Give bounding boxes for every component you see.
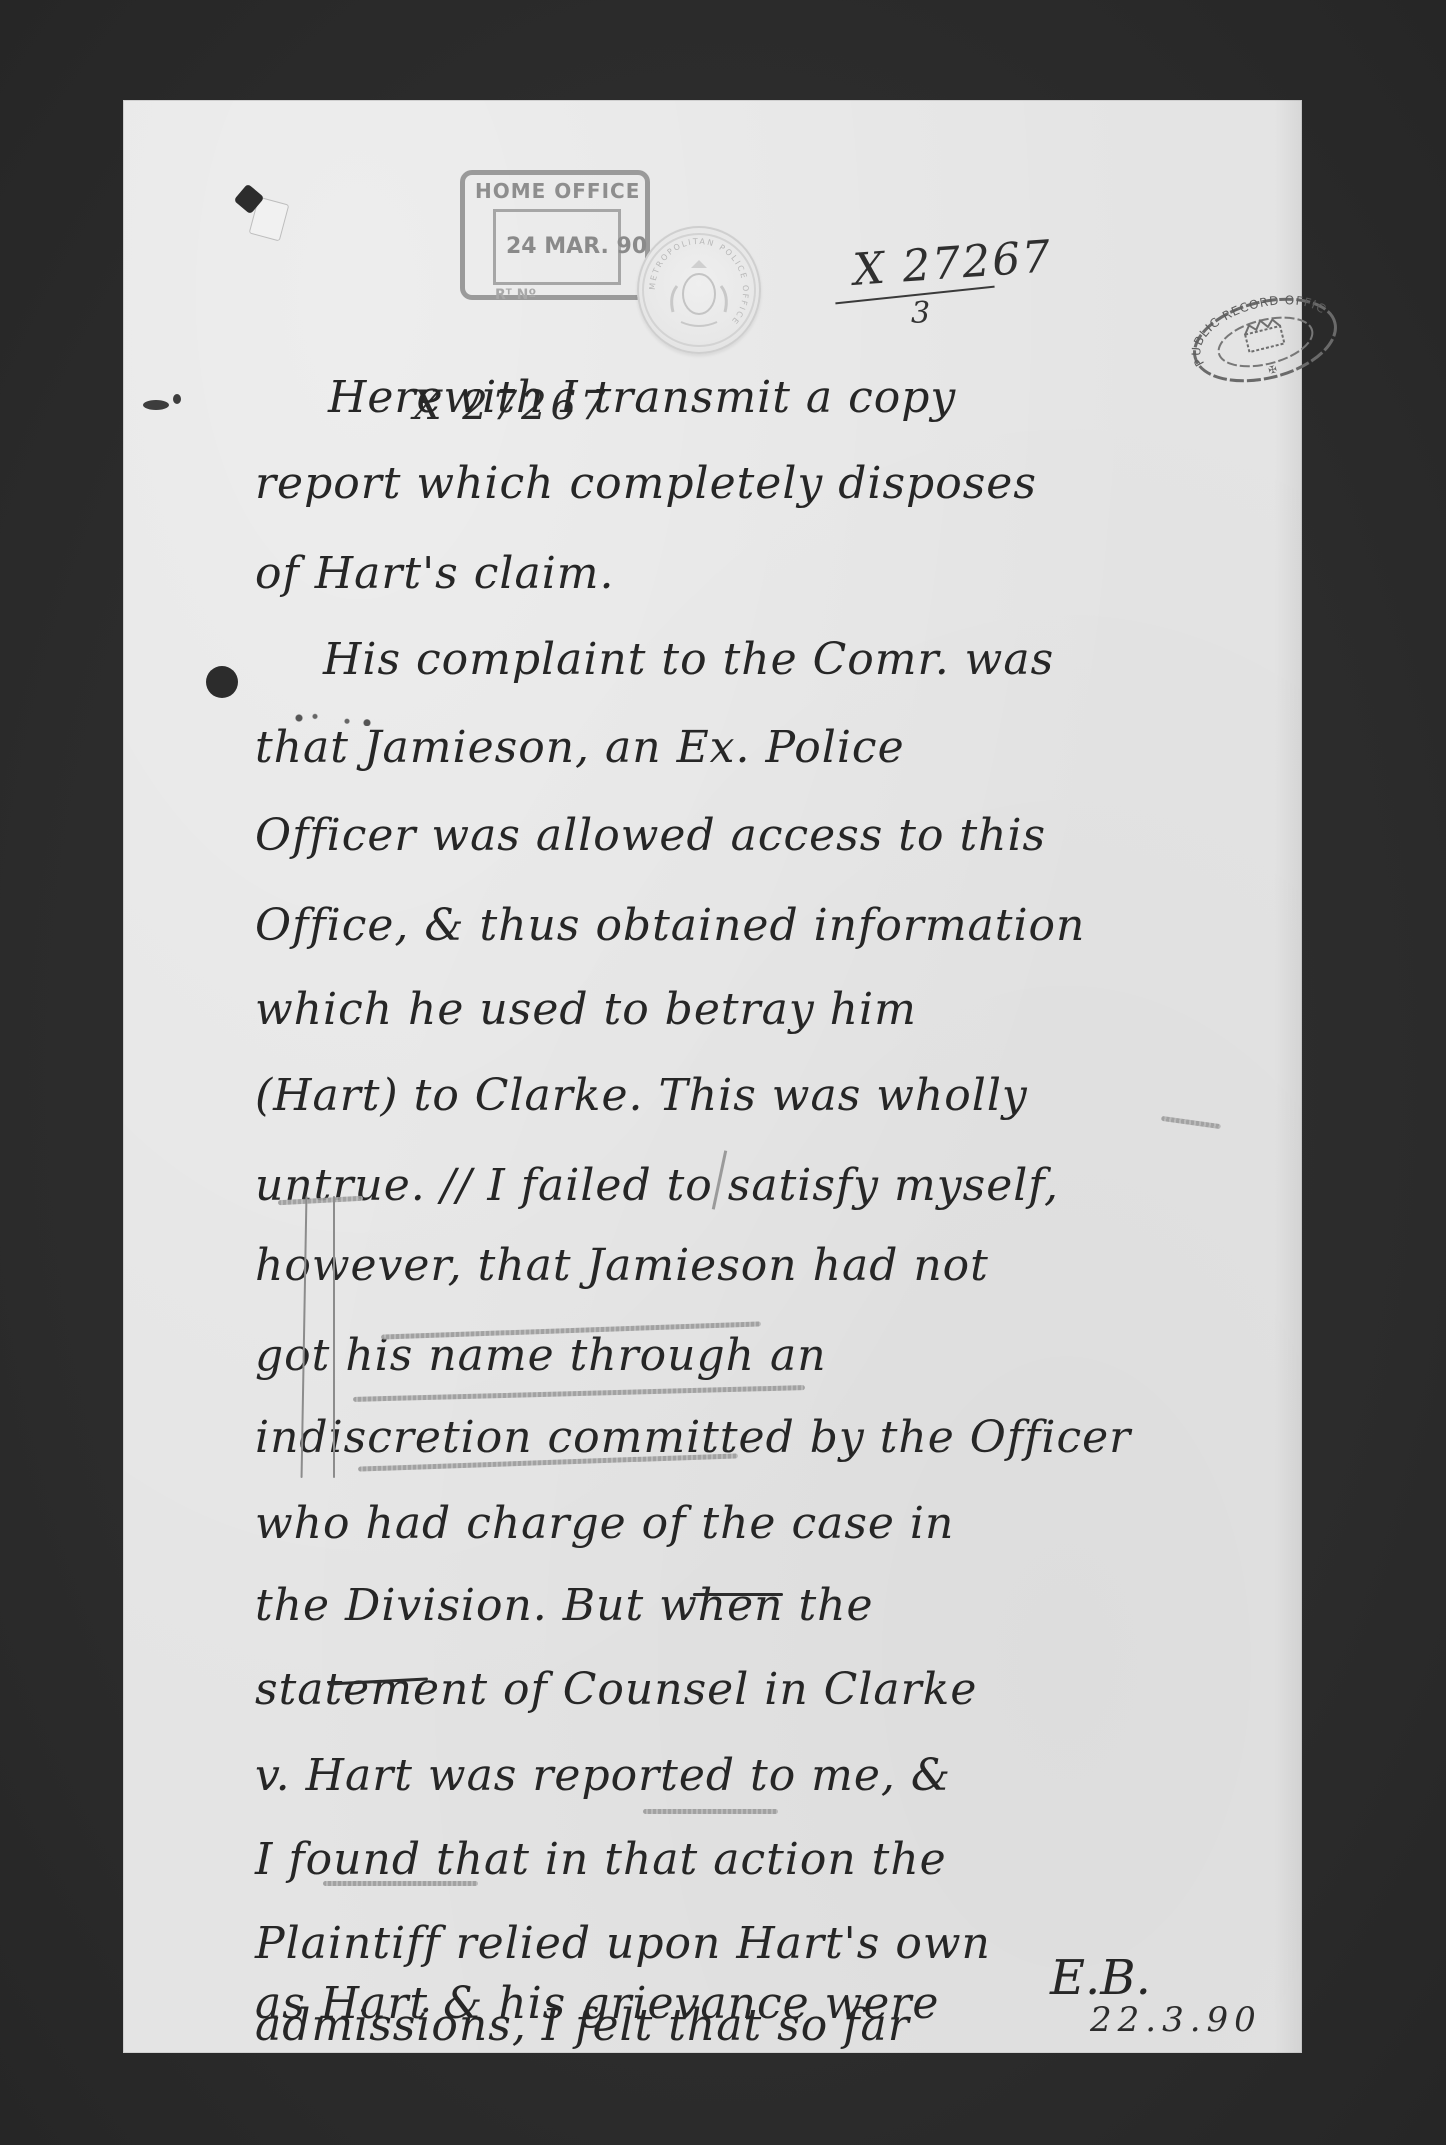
letter-line: the Division. But when the	[255, 1580, 874, 1631]
margin-line	[333, 1196, 335, 1478]
letter-line: Herewith I transmit a copy	[328, 372, 956, 423]
letter-body: Herewith I transmit a copy report which …	[123, 100, 1302, 2053]
letter-date: 22.3.90	[1090, 2000, 1262, 2040]
letter-line: Plaintiff relied upon Hart's own	[255, 1918, 991, 1969]
letter-line: statement of Counsel in Clarke	[255, 1664, 977, 1715]
document-page: HOME OFFICE 24 MAR. 90 Rᵀ Nº METROPOLITA…	[123, 100, 1302, 2053]
letter-line: which he used to betray him	[255, 984, 917, 1035]
pencil-underline	[643, 1809, 778, 1814]
letter-line: got his name through an	[255, 1330, 827, 1381]
letter-line: His complaint to the Comr. was	[323, 634, 1054, 685]
letter-line: of Hart's claim.	[255, 548, 614, 599]
letter-line: (Hart) to Clarke. This was wholly	[255, 1070, 1028, 1121]
signature: E.B.	[1050, 1950, 1151, 2006]
letter-line: as Hart & his grievance were	[255, 1978, 939, 2029]
ink-underline	[693, 1593, 783, 1596]
letter-line: however, that Jamieson had not	[255, 1240, 989, 1291]
letter-line: Officer was allowed access to this	[255, 810, 1046, 861]
letter-line: untrue. // I failed to satisfy myself,	[255, 1160, 1059, 1211]
letter-line: v. Hart was reported to me, &	[255, 1750, 951, 1801]
letter-line: Office, & thus obtained information	[255, 900, 1085, 951]
letter-line: who had charge of the case in	[255, 1498, 954, 1549]
letter-line: I found that in that action the	[255, 1834, 947, 1885]
pencil-underline	[323, 1881, 478, 1886]
letter-line: that Jamieson, an Ex. Police	[255, 722, 905, 773]
letter-line: report which completely disposes	[255, 458, 1037, 509]
